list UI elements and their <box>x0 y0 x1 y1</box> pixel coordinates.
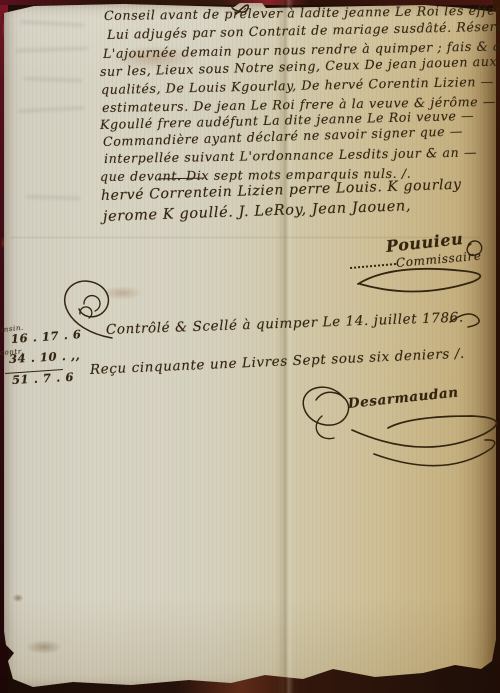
manuscript-photo: Conseil avant de prélever à ladite jeann… <box>0 0 500 693</box>
